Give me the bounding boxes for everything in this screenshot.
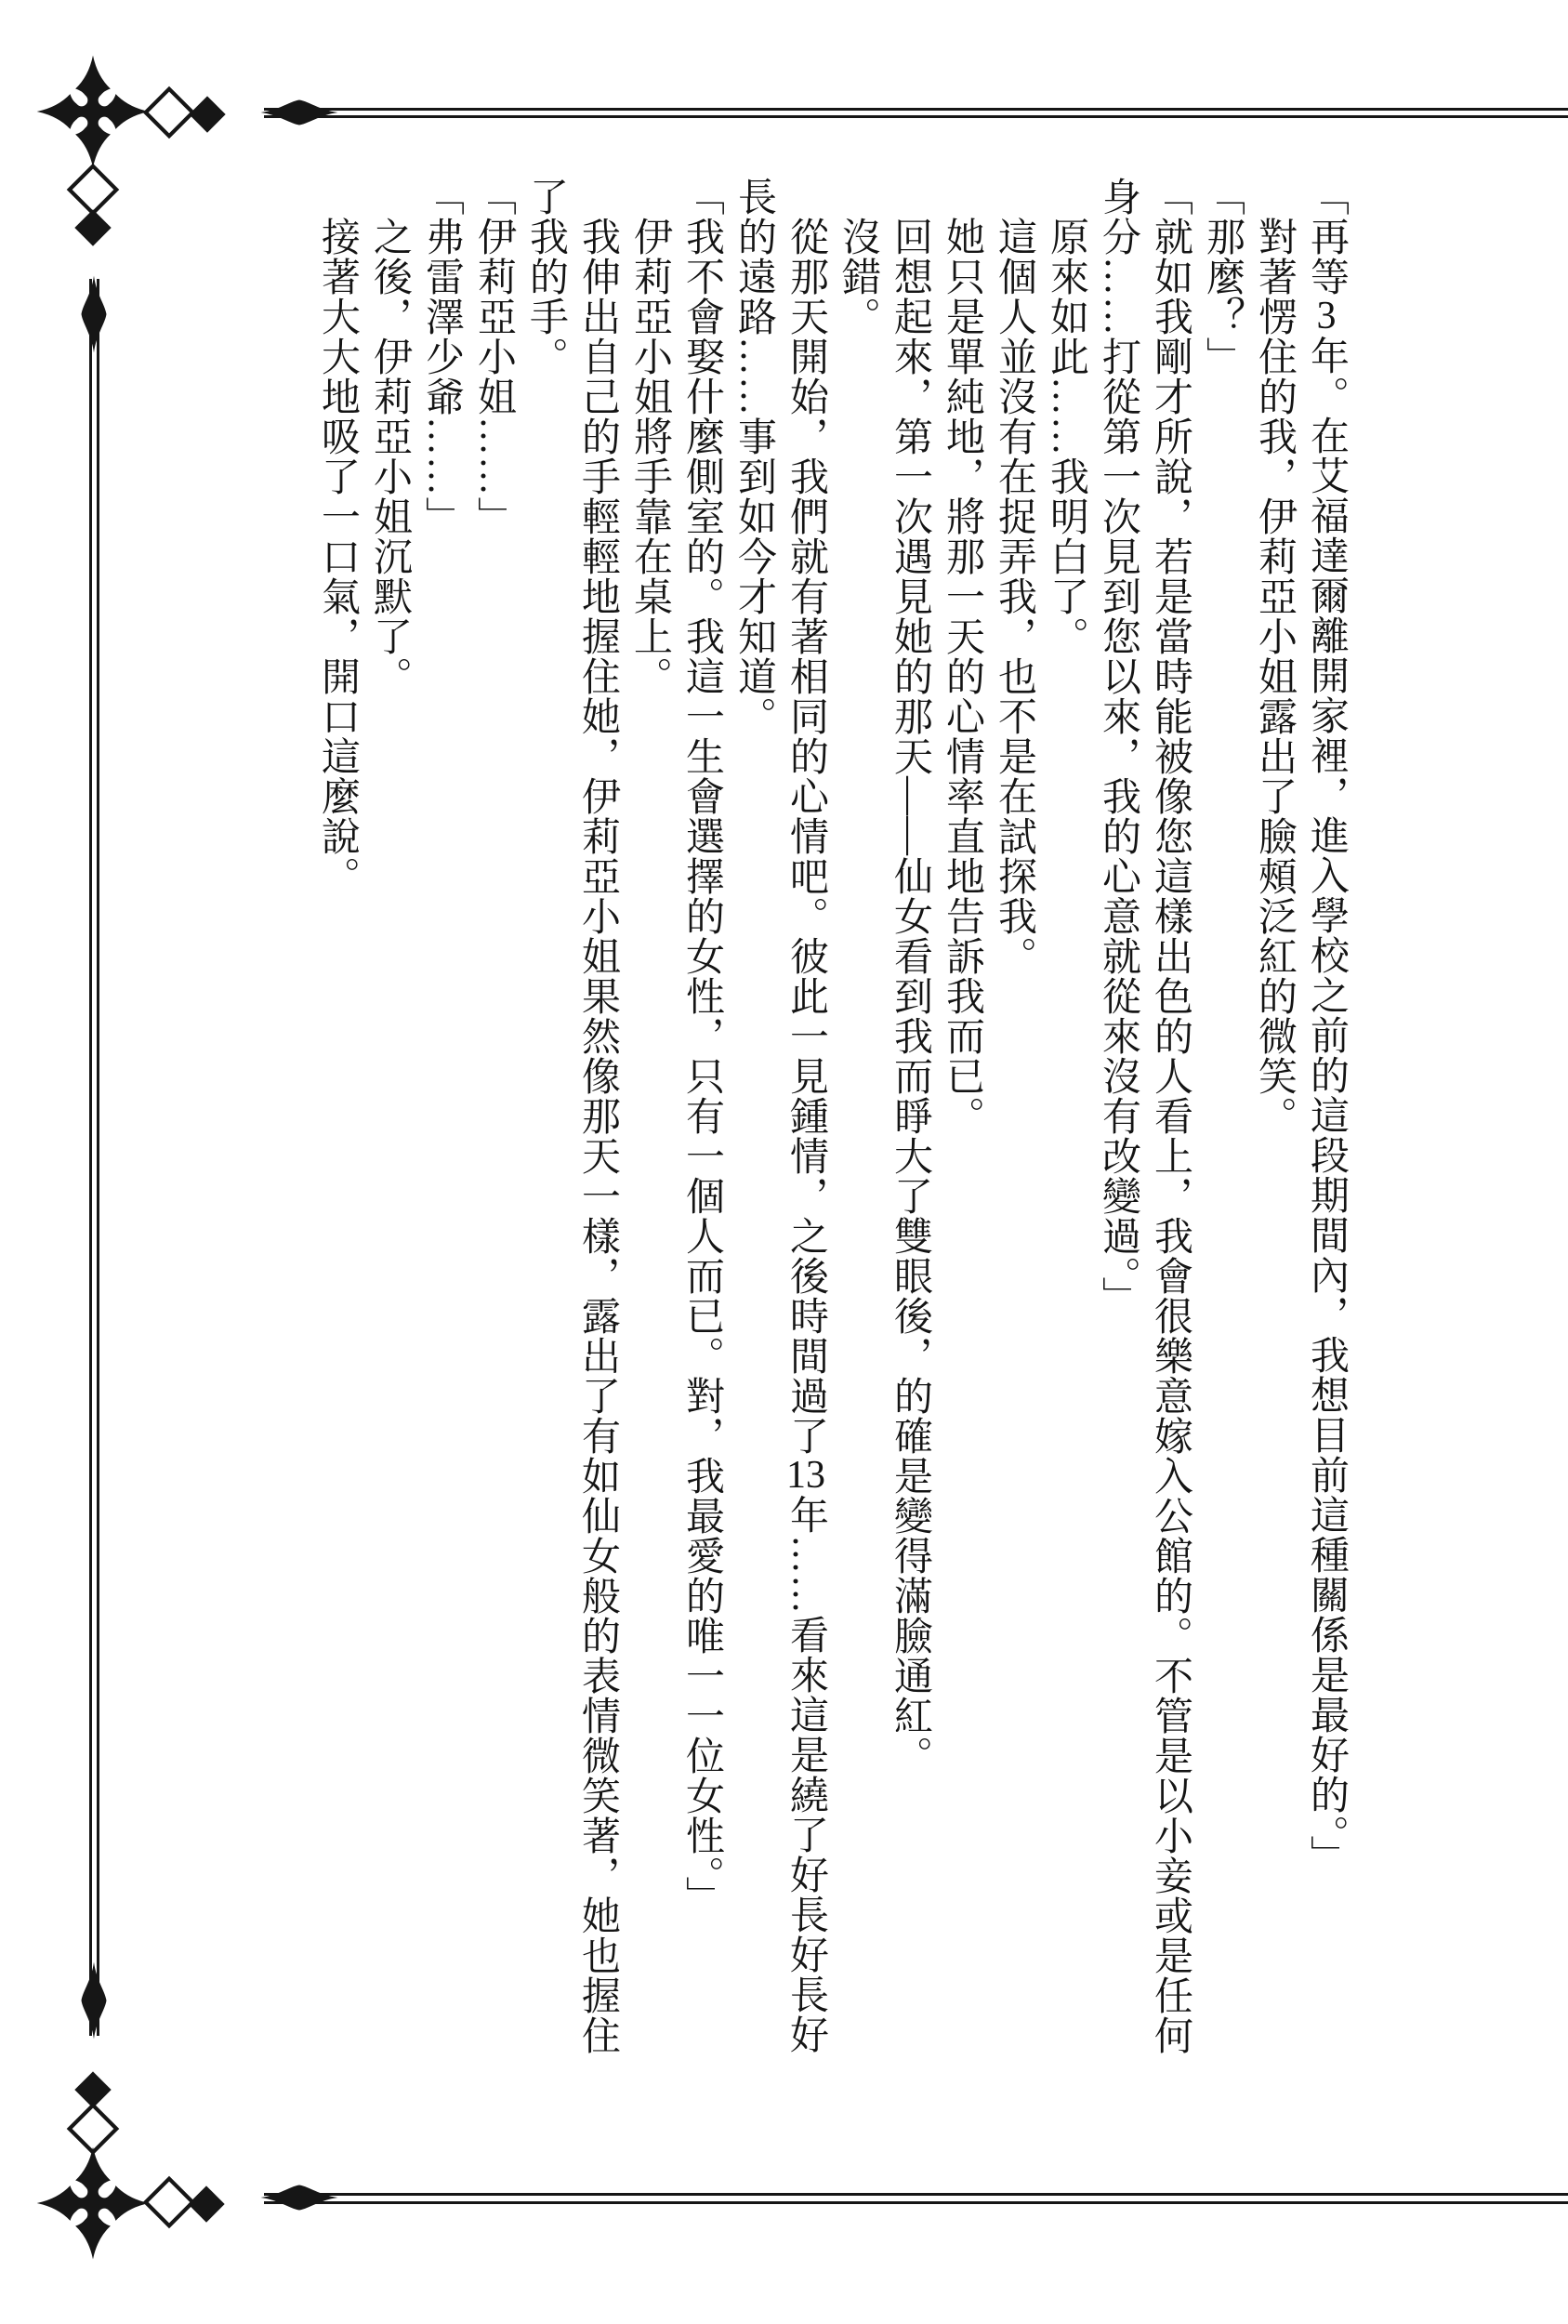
bottom-border-rule-upper bbox=[264, 2193, 1568, 2196]
paragraph: 我伸出自己的手輕輕地握住她，伊莉亞小姐果然像那天一樣，露出了有如仙女般的表情微笑… bbox=[520, 177, 624, 2064]
paragraph: 從那天開始，我們就有著相同的心情吧。彼此一見鍾情，之後時間過了13年……看來這是… bbox=[728, 177, 832, 2064]
filled-diamond-icon bbox=[179, 86, 235, 142]
paragraph: 「就如我剛才所說，若是當時能被像您這樣出色的人看上，我會很樂意嫁入公館的。不管是… bbox=[1092, 177, 1196, 2064]
filled-diamond-icon bbox=[65, 200, 121, 256]
paragraph: 伊莉亞小姐將手靠在桌上。 bbox=[624, 177, 676, 2064]
spindle-icon bbox=[257, 96, 342, 129]
left-border-rule-outer bbox=[89, 279, 92, 2036]
left-border-rule-inner bbox=[97, 279, 99, 2036]
paragraph: 原來如此……我明白了。 bbox=[1040, 177, 1092, 2064]
bottom-border-rule-lower bbox=[264, 2201, 1568, 2204]
barbed-cross-icon bbox=[32, 50, 154, 173]
paragraph: 「那麼？」 bbox=[1196, 177, 1248, 2064]
paragraph: 沒錯。 bbox=[832, 177, 884, 2064]
paragraph: 這個人並沒有在捉弄我，也不是在試探我。 bbox=[988, 177, 1040, 2064]
paragraph: 她只是單純地，將那一天的心情率直地告訴我而已。 bbox=[936, 177, 988, 2064]
paragraph: 「再等3年。在艾福達爾離開家裡，進入學校之前的這段期間內，我想目前這種關係是最好… bbox=[1300, 177, 1352, 2064]
paragraph: 接著大大地吸了一口氣，開口這麼說。 bbox=[311, 177, 363, 2064]
novel-page: 「再等3年。在艾福達爾離開家裡，進入學校之前的這段期間內，我想目前這種關係是最好… bbox=[0, 0, 1568, 2324]
top-border-rule-upper bbox=[264, 108, 1568, 111]
spindle-icon bbox=[257, 2181, 342, 2214]
paragraph: 「伊莉亞小姐……」 bbox=[468, 177, 520, 2064]
barbed-cross-icon bbox=[32, 2142, 154, 2265]
paragraph: 「弗雷澤少爺……」 bbox=[415, 177, 468, 2064]
top-border-rule-lower bbox=[264, 115, 1568, 118]
paragraph: 「我不會娶什麼側室的。我這一生會選擇的女性，只有一個人而已。對，我最愛的唯一一位… bbox=[676, 177, 728, 2064]
text-block: 「再等3年。在艾福達爾離開家裡，進入學校之前的這段期間內，我想目前這種關係是最好… bbox=[311, 177, 1352, 2064]
spindle-icon bbox=[77, 1958, 111, 2043]
filled-diamond-icon bbox=[178, 2176, 234, 2232]
paragraph: 對著愣住的我，伊莉亞小姐露出了臉頰泛紅的微笑。 bbox=[1248, 177, 1300, 2064]
spindle-icon bbox=[77, 271, 111, 357]
paragraph: 回想起來，第一次遇見她的那天——仙女看到我而睜大了雙眼後，的確是變得滿臉通紅。 bbox=[884, 177, 936, 2064]
paragraph: 之後，伊莉亞小姐沉默了。 bbox=[363, 177, 415, 2064]
